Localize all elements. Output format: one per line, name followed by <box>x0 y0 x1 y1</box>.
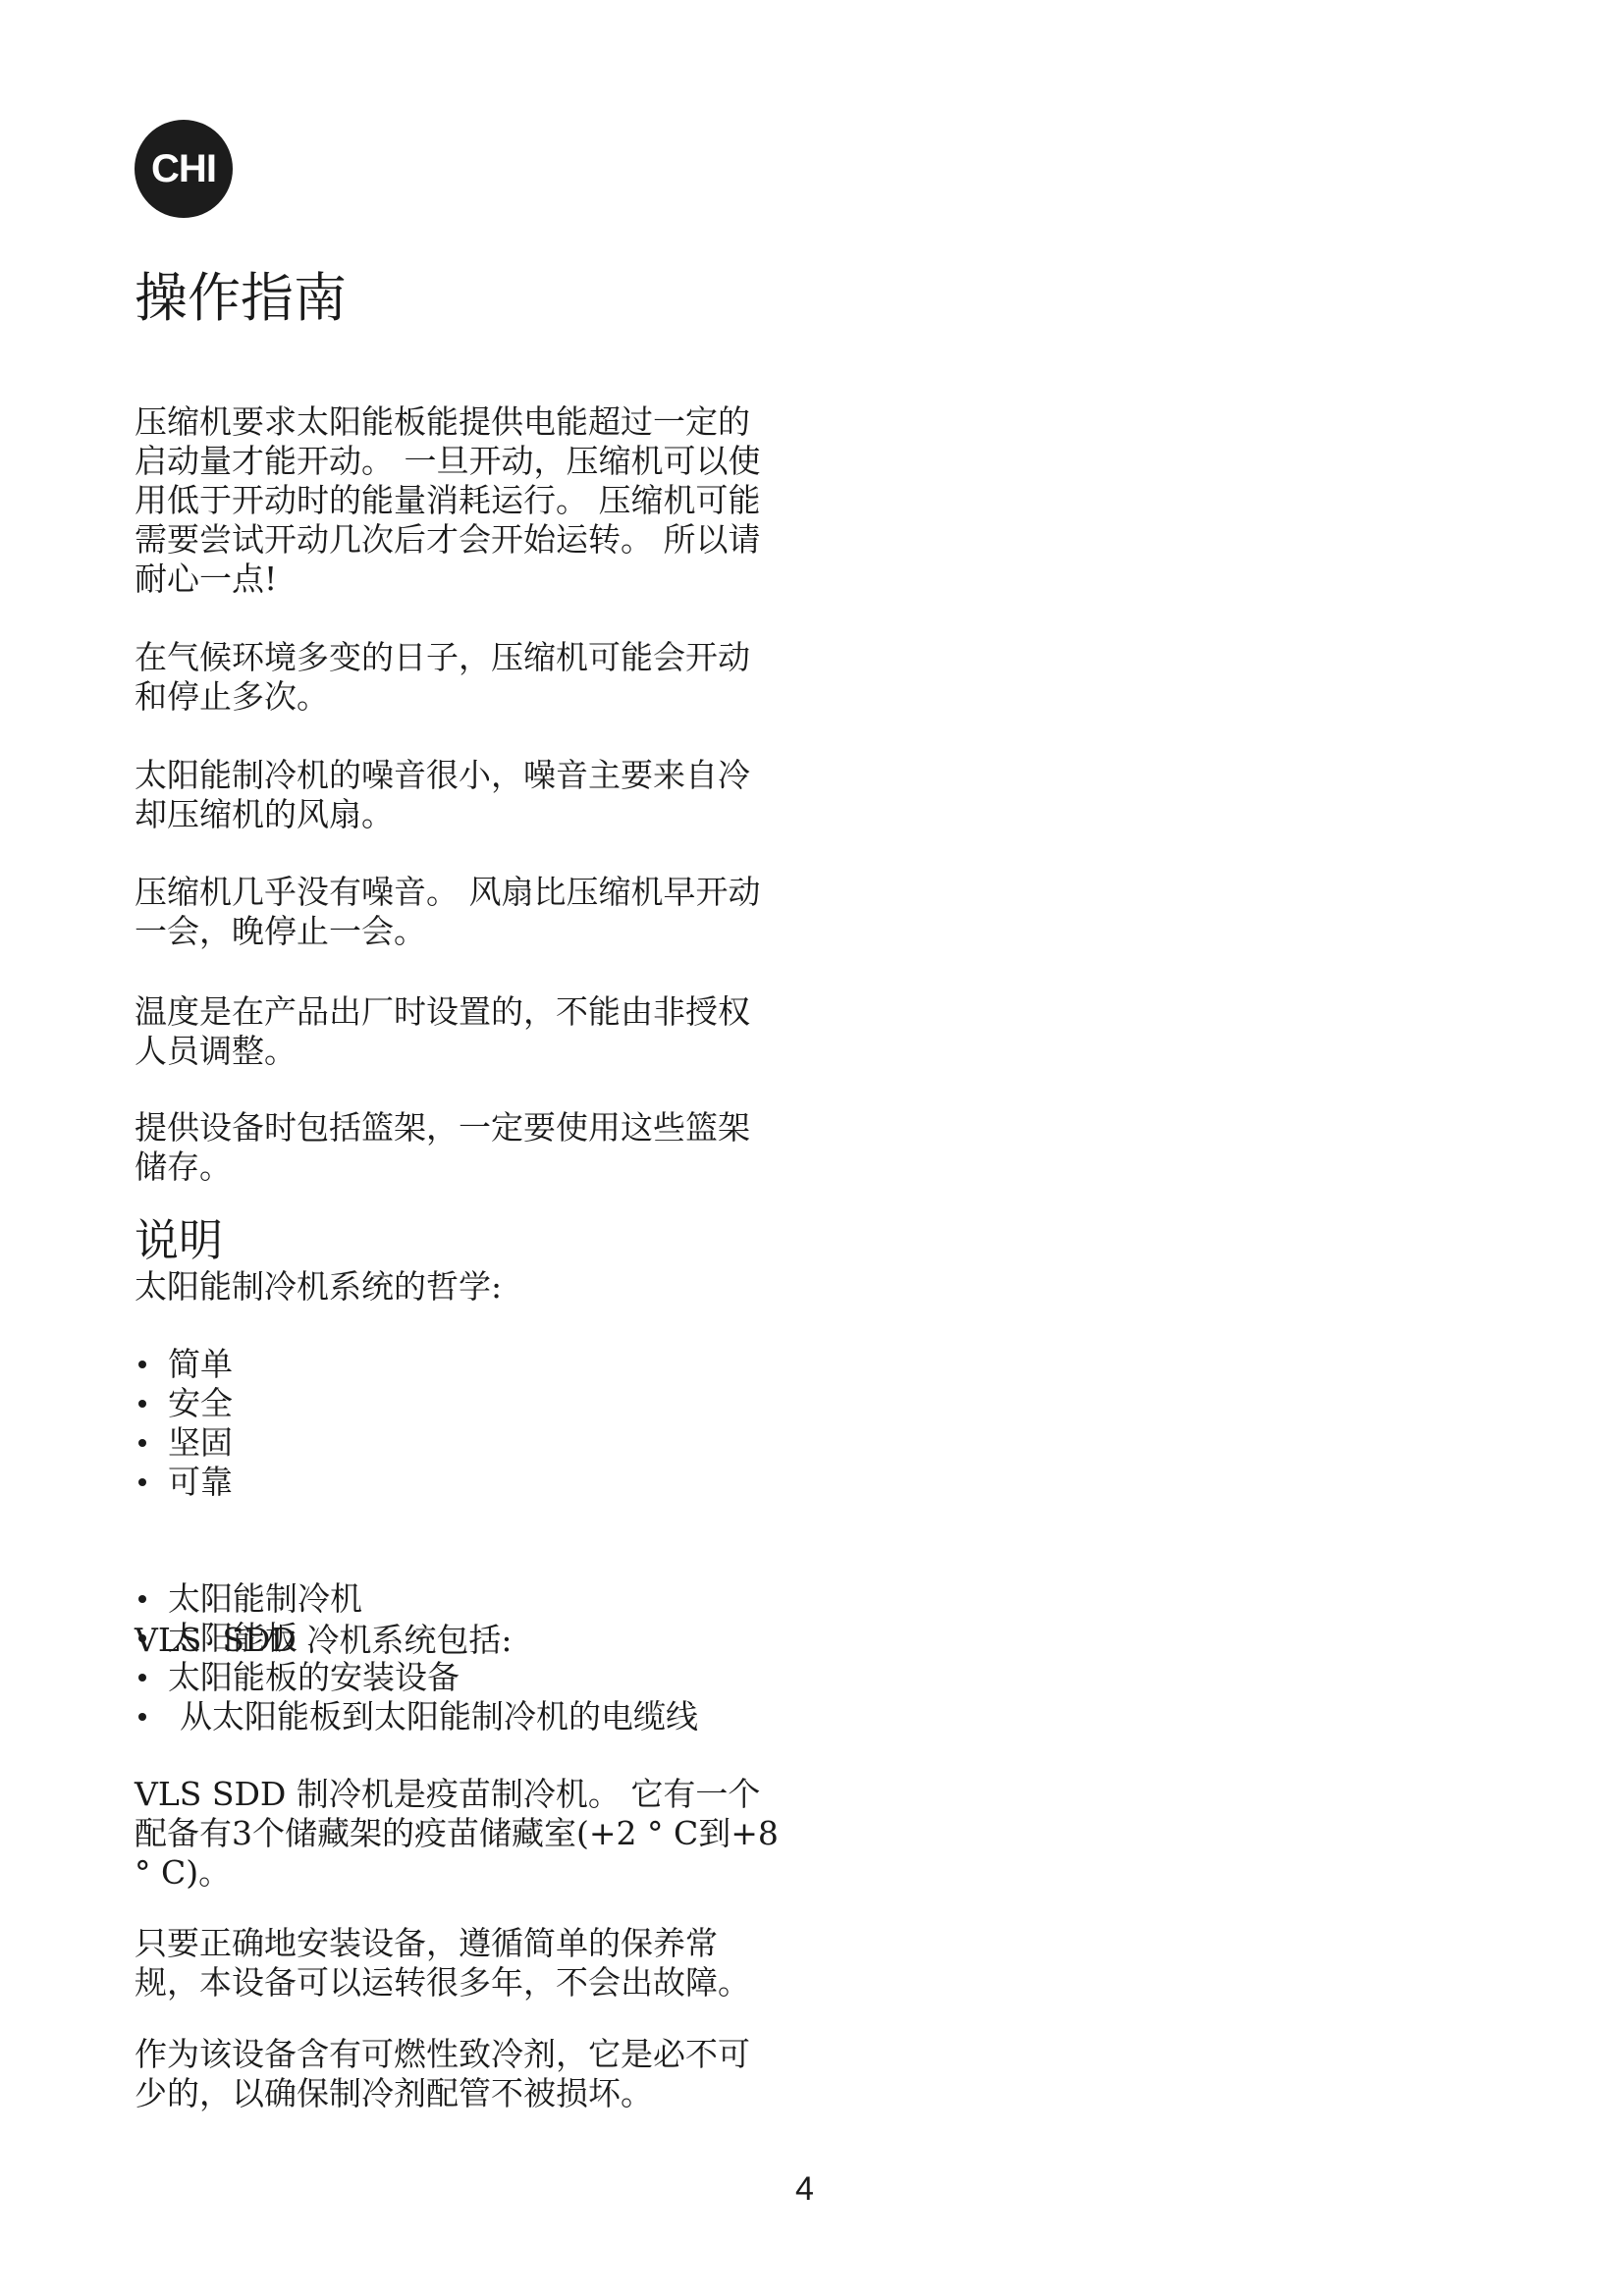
text-line: 规，本设备可以运转很多年，不会出故障。 <box>135 1963 750 2002</box>
text-line: VLS SDD 制冷机是疫苗制冷机。 它有一个 <box>135 1775 779 1814</box>
text-line: 和停止多次。 <box>135 677 750 717</box>
bullet-icon <box>138 1634 146 1642</box>
list-item-label: 从太阳能板到太阳能制冷机的电缆线 <box>180 1697 698 1736</box>
paragraph-baskets: 提供设备时包括篮架，一定要使用这些篮架 储存。 <box>135 1108 750 1187</box>
paragraph-temperature: 温度是在产品出厂时设置的，不能由非授权 人员调整。 <box>135 992 750 1071</box>
text-line: 温度是在产品出厂时设置的，不能由非授权 <box>135 992 750 1032</box>
list-item: 简单 <box>135 1345 233 1384</box>
list-item-label: 太阳能板的安装设备 <box>168 1658 460 1697</box>
list-item: 太阳能板 <box>135 1619 698 1658</box>
page-title: 操作指南 <box>135 267 347 330</box>
system-components-list: 太阳能制冷机 太阳能板 太阳能板的安装设备 从太阳能板到太阳能制冷机的电缆线 <box>135 1579 698 1736</box>
text-line: 储存。 <box>135 1148 750 1187</box>
philosophy-list: 简单 安全 坚固 可靠 <box>135 1345 233 1502</box>
list-item-label: 坚固 <box>168 1423 233 1463</box>
list-item: 太阳能板的安装设备 <box>135 1658 698 1697</box>
text-line: 配备有3个储藏架的疫苗储藏室(+2 ° C到+8 <box>135 1814 779 1853</box>
bullet-icon <box>138 1361 146 1368</box>
bullet-icon <box>138 1400 146 1408</box>
text-line: 压缩机几乎没有噪音。 风扇比压缩机早开动 <box>135 873 761 912</box>
text-line: 太阳能制冷机的噪音很小，噪音主要来自冷 <box>135 756 750 795</box>
list-item: 安全 <box>135 1384 233 1423</box>
text-line: 需要尝试开动几次后才会开始运转。 所以请 <box>135 520 761 560</box>
paragraph-variable-weather: 在气候环境多变的日子，压缩机可能会开动 和停止多次。 <box>135 638 750 717</box>
text-line: 耐心一点! <box>135 560 761 599</box>
list-item-label: 太阳能板 <box>168 1619 298 1658</box>
page-number: 4 <box>795 2169 814 2209</box>
text-line: 作为该设备含有可燃性致冷剂，它是必不可 <box>135 2035 750 2074</box>
text-line: 人员调整。 <box>135 1032 750 1071</box>
text-line: 用低于开动时的能量消耗运行。 压缩机可能 <box>135 481 761 520</box>
list-item: 太阳能制冷机 <box>135 1579 698 1619</box>
list-item: 可靠 <box>135 1463 233 1502</box>
paragraph-compressor-start: 压缩机要求太阳能板能提供电能超过一定的 启动量才能开动。 一旦开动，压缩机可以使… <box>135 402 761 599</box>
list-item-label: 安全 <box>168 1384 233 1423</box>
paragraph-refrigerant: 作为该设备含有可燃性致冷剂，它是必不可 少的，以确保制冷剂配管不被损坏。 <box>135 2035 750 2113</box>
text-line: 压缩机要求太阳能板能提供电能超过一定的 <box>135 402 761 442</box>
list-item-label: 太阳能制冷机 <box>168 1579 362 1619</box>
text-line: ° C)。 <box>135 1853 779 1893</box>
language-badge-label: CHI <box>151 147 216 191</box>
text-line: 却压缩机的风扇。 <box>135 795 750 834</box>
paragraph-maintenance: 只要正确地安装设备，遵循简单的保养常 规，本设备可以运转很多年，不会出故障。 <box>135 1924 750 2002</box>
bullet-icon <box>138 1713 146 1721</box>
text-line: 启动量才能开动。 一旦开动，压缩机可以使 <box>135 442 761 481</box>
text-line: 提供设备时包括篮架，一定要使用这些篮架 <box>135 1108 750 1148</box>
paragraph-noise: 太阳能制冷机的噪音很小，噪音主要来自冷 却压缩机的风扇。 <box>135 756 750 834</box>
text-line: 在气候环境多变的日子，压缩机可能会开动 <box>135 638 750 677</box>
paragraph-fan: 压缩机几乎没有噪音。 风扇比压缩机早开动 一会，晚停止一会。 <box>135 873 761 951</box>
text-line: 太阳能制冷机系统的哲学: <box>135 1267 502 1307</box>
language-badge: CHI <box>135 120 233 218</box>
text-line: 只要正确地安装设备，遵循简单的保养常 <box>135 1924 750 1963</box>
bullet-icon <box>138 1439 146 1447</box>
paragraph-vaccine-refrigerator: VLS SDD 制冷机是疫苗制冷机。 它有一个 配备有3个储藏架的疫苗储藏室(+… <box>135 1775 779 1893</box>
list-item: 坚固 <box>135 1423 233 1463</box>
bullet-icon <box>138 1478 146 1486</box>
philosophy-intro: 太阳能制冷机系统的哲学: <box>135 1267 502 1307</box>
bullet-icon <box>138 1595 146 1603</box>
text-line: 一会，晚停止一会。 <box>135 912 761 951</box>
bullet-icon <box>138 1674 146 1682</box>
section-heading-description: 说明 <box>135 1215 223 1266</box>
text-line: 少的，以确保制冷剂配管不被损坏。 <box>135 2074 750 2113</box>
list-item: 从太阳能板到太阳能制冷机的电缆线 <box>135 1697 698 1736</box>
list-item-label: 可靠 <box>168 1463 233 1502</box>
list-item-label: 简单 <box>168 1345 233 1384</box>
